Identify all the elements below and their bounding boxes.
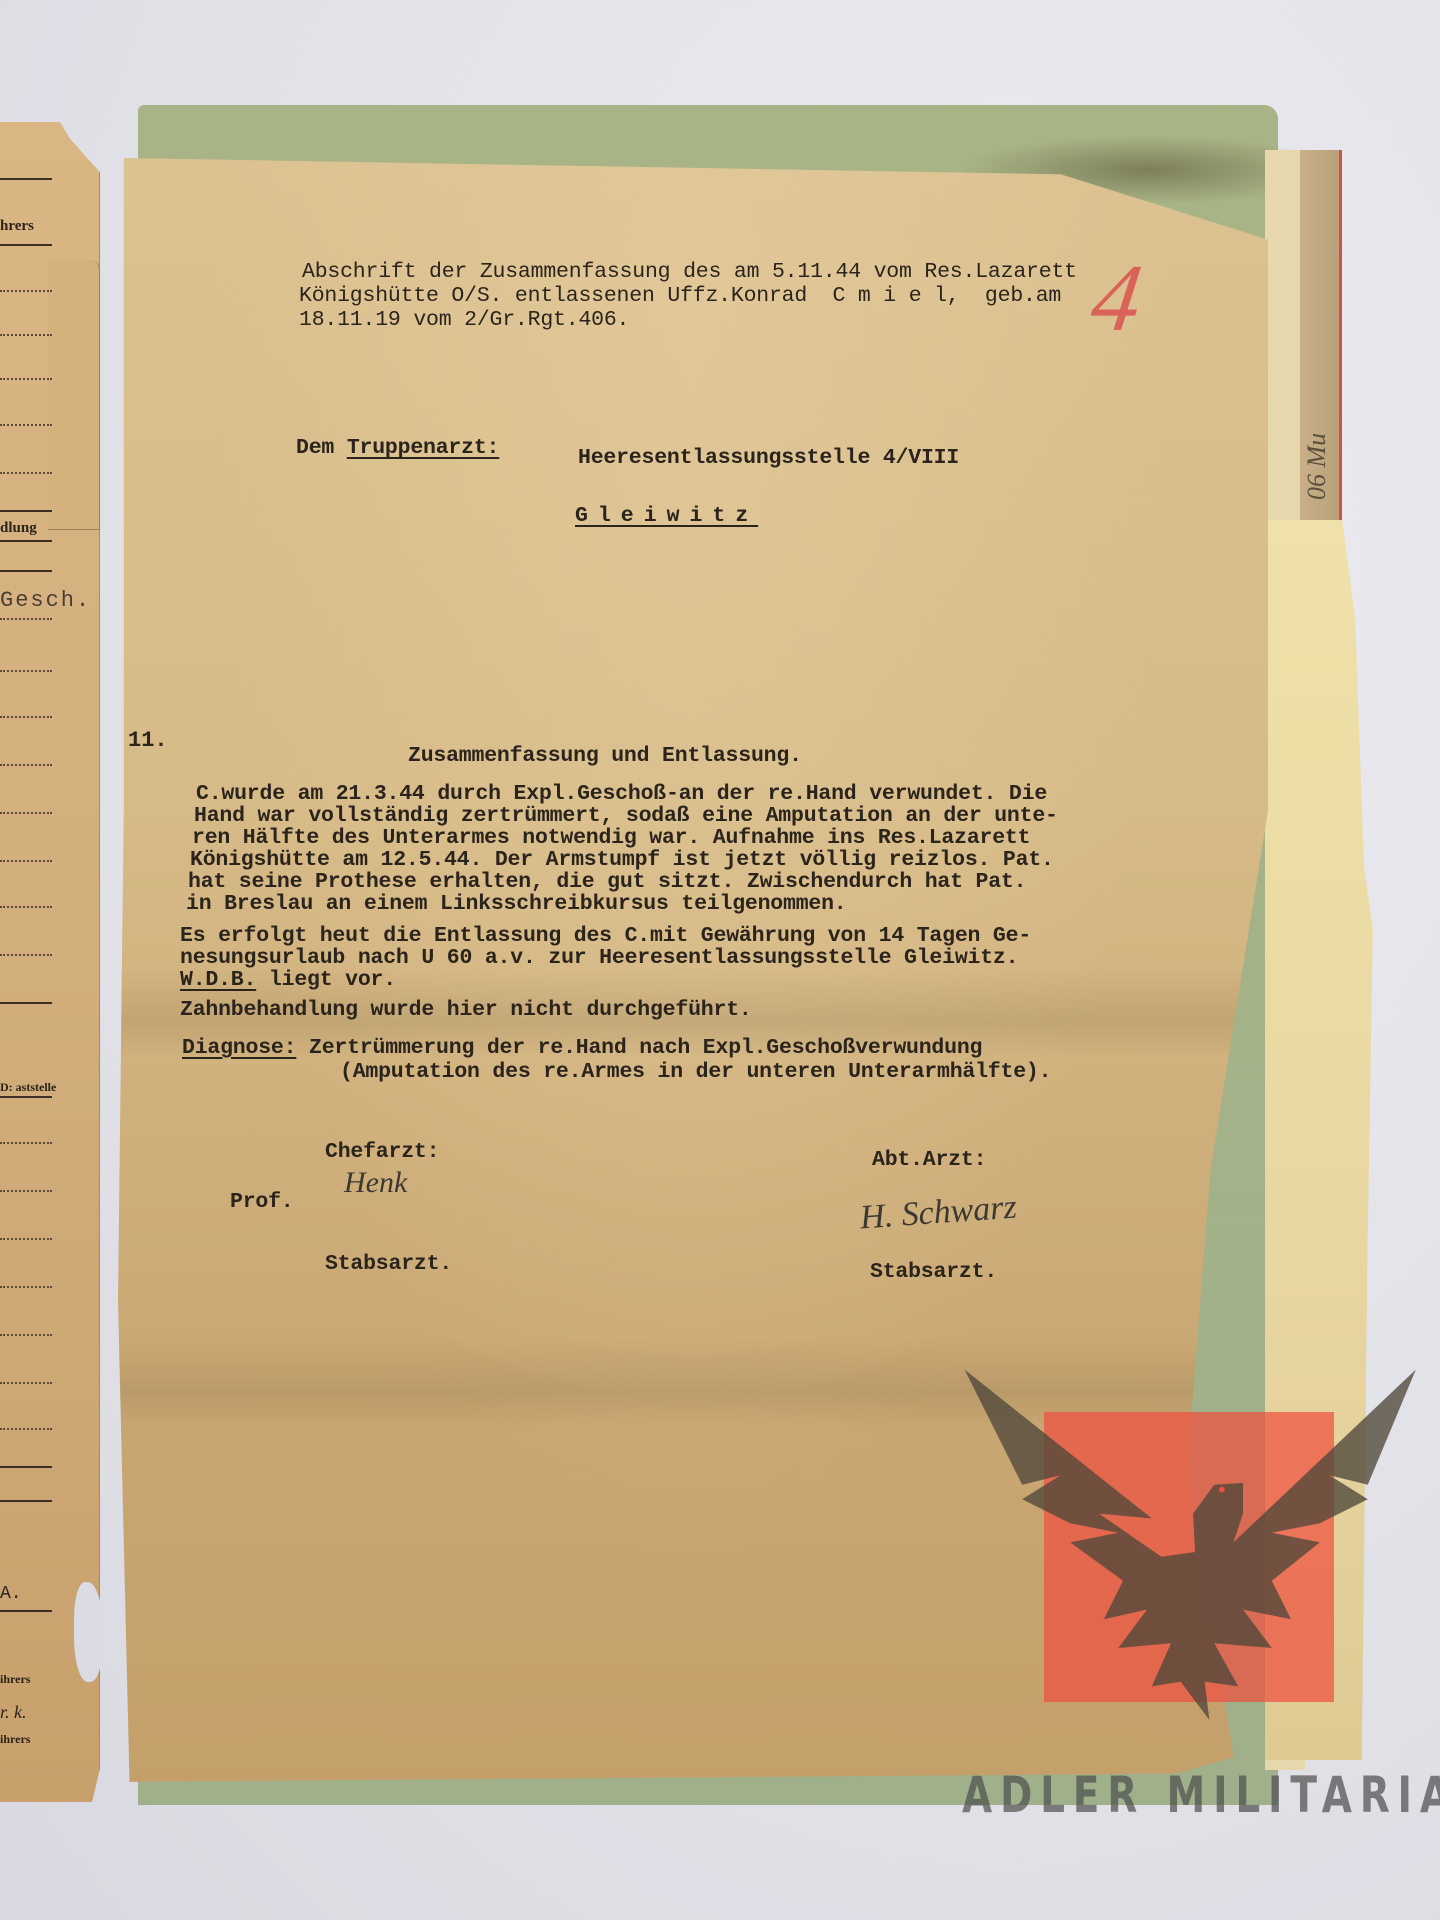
form-dotted-line	[0, 954, 52, 956]
form-label: hrers	[0, 218, 34, 235]
typed-entry: Gesch.	[0, 588, 91, 613]
eagle-logo-icon	[955, 1362, 1435, 1742]
recipient-label: Truppenarzt:	[347, 436, 499, 460]
dental-line: Zahnbehandlung wurde hier nicht durchgef…	[180, 1000, 752, 1021]
department-physician-role: Abt.Arzt:	[872, 1150, 986, 1171]
body-line: Hand war vollständig zertrümmert, sodaß …	[194, 806, 1058, 827]
body-line: Es erfolgt heut die Entlassung des C.mit…	[180, 926, 1031, 947]
form-dotted-line	[0, 1428, 52, 1430]
form-line	[0, 178, 52, 180]
form-dotted-line	[0, 618, 52, 620]
form-dotted-line	[0, 1382, 52, 1384]
form-line	[0, 1002, 52, 1004]
department-physician-rank: Stabsarzt.	[870, 1262, 997, 1283]
form-line	[0, 244, 52, 246]
wdb-text: liegt vor.	[256, 968, 396, 992]
form-dotted-line	[0, 334, 52, 336]
body-line: ren Hälfte des Unterarmes notwendig war.…	[192, 828, 1030, 849]
form-dotted-line	[0, 472, 52, 474]
left-document-flap	[48, 260, 100, 530]
watermark-text: ADLER MILITARIA	[962, 1766, 1440, 1824]
edge-handwriting: 06 Mu	[1302, 330, 1338, 500]
recipient-prefix: Dem	[296, 436, 347, 460]
form-label: ihrers	[0, 1672, 30, 1687]
header-line-3: 18.11.19 vom 2/Gr.Rgt.406.	[299, 310, 629, 331]
form-dotted-line	[0, 1334, 52, 1336]
chief-physician-rank: Stabsarzt.	[325, 1254, 452, 1275]
form-dotted-line	[0, 1238, 52, 1240]
body-line: Königshütte am 12.5.44. Der Armstumpf is…	[190, 850, 1054, 871]
form-dotted-line	[0, 1190, 52, 1192]
wdb-line: W.D.B. liegt vor.	[180, 970, 396, 991]
typed-entry: A.	[0, 1584, 22, 1604]
section-title: Zusammenfassung und Entlassung.	[408, 746, 802, 767]
recipient-city: Gleiwitz	[575, 506, 758, 527]
diagnosis-text: Zertrümmerung der re.Hand nach Expl.Gesc…	[296, 1036, 982, 1060]
diagnosis-label: Diagnose:	[182, 1036, 296, 1060]
form-dotted-line	[0, 1286, 52, 1288]
form-label: dlung	[0, 520, 37, 537]
form-line	[0, 1500, 52, 1502]
form-dotted-line	[0, 906, 52, 908]
form-label: D: aststelle	[0, 1080, 56, 1095]
handwritten-entry: r. k.	[0, 1702, 27, 1723]
form-line	[0, 570, 52, 572]
diagnosis-line-2: (Amputation des re.Armes in der unteren …	[340, 1062, 1051, 1083]
form-line	[0, 540, 52, 542]
form-line	[0, 1466, 52, 1468]
form-dotted-line	[0, 860, 52, 862]
form-dotted-line	[0, 290, 52, 292]
left-partial-document: hrers dlung Gesch. D: aststelle A. ihrer…	[0, 122, 100, 1802]
form-dotted-line	[0, 424, 52, 426]
header-line-2: Königshütte O/S. entlassenen Uffz.Konrad…	[299, 286, 1061, 307]
form-dotted-line	[0, 716, 52, 718]
form-line	[0, 1610, 52, 1612]
body-line: hat seine Prothese erhalten, die gut sit…	[188, 872, 1026, 893]
form-dotted-line	[0, 1142, 52, 1144]
chief-physician-role: Chefarzt:	[325, 1142, 439, 1163]
form-dotted-line	[0, 764, 52, 766]
diagnosis-line-1: Diagnose: Zertrümmerung der re.Hand nach…	[182, 1038, 982, 1059]
margin-number: 11.	[128, 728, 168, 753]
recipient-office: Heeresentlassungsstelle 4/VIII	[578, 448, 959, 469]
chief-physician-signature: Henk	[344, 1166, 407, 1200]
form-line	[0, 510, 52, 512]
body-line: nesungsurlaub nach U 60 a.v. zur Heerese…	[180, 948, 1018, 969]
header-line-1: Abschrift der Zusammenfassung des am 5.1…	[302, 262, 1077, 283]
form-label: ihrers	[0, 1732, 30, 1747]
body-line: in Breslau an einem Linksschreibkursus t…	[186, 894, 847, 915]
form-dotted-line	[0, 670, 52, 672]
body-line: C.wurde am 21.3.44 durch Expl.Geschoß-an…	[196, 784, 1047, 805]
recipient-line: Dem Truppenarzt:	[296, 438, 499, 459]
form-dotted-line	[0, 378, 52, 380]
form-dotted-line	[0, 812, 52, 814]
chief-physician-title: Prof.	[230, 1192, 294, 1213]
form-line	[0, 1096, 52, 1098]
wdb-label: W.D.B.	[180, 968, 256, 992]
